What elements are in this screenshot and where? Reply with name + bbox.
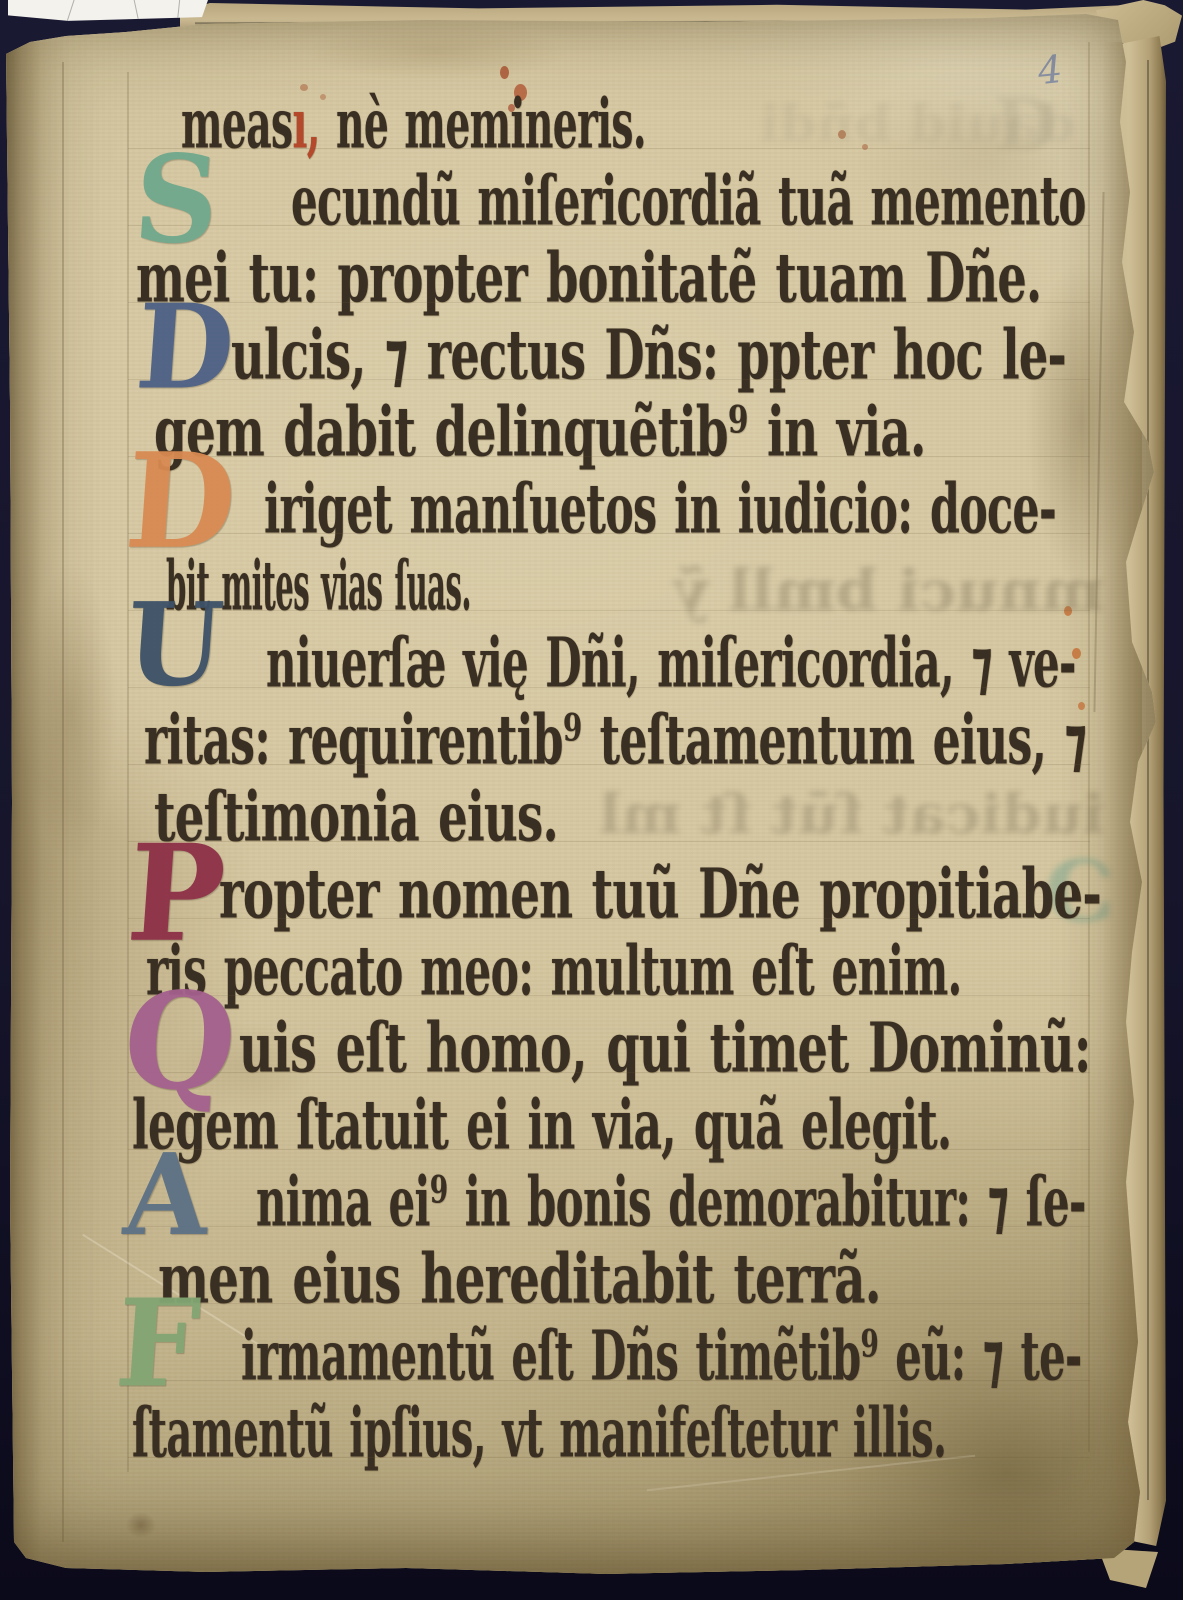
ink-fleck: [1064, 606, 1072, 616]
ruling-line: [128, 918, 1090, 919]
ruling-line: [128, 1226, 1090, 1227]
ruling-line: [128, 1149, 1090, 1150]
line-text: irmamentũ eſt Dñs timẽtib⁹ eũ: ⁊ te-: [241, 1316, 1082, 1396]
line-text: bit mites vias ſuas.: [166, 546, 471, 626]
ink-fleck: [1078, 702, 1085, 710]
paper-fold-crease: [133, 0, 139, 24]
ink-fleck: [862, 144, 868, 150]
line-text: nima ei⁹ in bonis demorabitur: ⁊ ſe-: [256, 1162, 1086, 1242]
rubric-mark: ı,: [292, 84, 319, 164]
paper-fold-crease: [66, 0, 75, 24]
line-text: men eius hereditabit terrã.: [158, 1239, 881, 1319]
manuscript-photo: 4 dauid bñdimnuci bmll ỹiudicat ſūt ſt m…: [0, 0, 1183, 1600]
text-line: meası, nè memineris.: [181, 86, 646, 163]
crease: [647, 1455, 975, 1491]
versal-initial: D: [123, 449, 240, 554]
versal-initial: S: [131, 152, 222, 249]
gutter-fold-line: [62, 62, 64, 1542]
text-line: mei tu: propter bonitatẽ tuam Dñe.: [136, 240, 1041, 317]
line-text: ropter nomen tuũ Dñe propitiabe-: [219, 854, 1101, 934]
line-text: gem dabit delinquẽtib⁹ in via.: [154, 392, 926, 472]
ruling-line: [128, 456, 1090, 457]
text-line: ulcis, ⁊ rectus Dñs: ppter hoc le-: [231, 317, 1066, 394]
line-text: ulcis, ⁊ rectus Dñs: ppter hoc le-: [231, 315, 1066, 395]
ink-fleck: [1072, 648, 1081, 659]
text-line: ritas: requirentib⁹ teſtamentum eius, ⁊: [144, 702, 1086, 779]
text-line: uis eſt homo, qui timet Dominũ:: [239, 1010, 1091, 1087]
paper-fold-crease: [177, 0, 181, 24]
ruling-line: [128, 1072, 1090, 1073]
text-line: ecundũ miſericordiã tuã memento: [291, 163, 1086, 240]
text-line: ropter nomen tuũ Dñe propitiabe-: [219, 856, 1101, 933]
line-text: ecundũ miſericordiã tuã memento: [291, 161, 1086, 241]
ruling-line: [128, 533, 1090, 534]
line-text: mei tu: propter bonitatẽ tuam Dñe.: [136, 238, 1041, 318]
stain: [26, 562, 116, 862]
text-line: bit mites vias ſuas.: [166, 548, 471, 625]
text-line: teſtimonia eius.: [154, 779, 558, 856]
line-text: meas: [181, 84, 292, 164]
right-margin-rule: [1088, 42, 1090, 1452]
text-line: men eius hereditabit terrã.: [158, 1241, 881, 1318]
stain: [856, 62, 1116, 242]
versal-initial: U: [124, 599, 226, 691]
line-text: ris peccato meo: multum eſt enim.: [146, 931, 962, 1011]
ink-fleck: [838, 130, 846, 139]
text-line: legem ſtatuit ei in via, quã elegit.: [132, 1087, 951, 1164]
line-text: iriget manſuetos in iudicio: doce-: [264, 469, 1056, 549]
ruling-line: [128, 1380, 1090, 1381]
stain: [176, 1022, 316, 1112]
versal-initial: F: [113, 1296, 202, 1393]
line-text: ritas: requirentib⁹ teſtamentum eius, ⁊: [144, 700, 1086, 780]
ghost-showthrough: D: [994, 82, 1084, 167]
ruling-line: [128, 379, 1090, 380]
versal-initial: A: [122, 1151, 212, 1241]
left-margin-rule: [127, 72, 129, 1472]
line-text: niuerſæ vię Dñi, miſericordia, ⁊ ve-: [266, 623, 1076, 703]
text-line: iriget manſuetos in iudicio: doce-: [264, 471, 1056, 548]
ruling-line: [128, 841, 1090, 842]
binding-edge: [6, 42, 70, 1572]
ink-fleck: [320, 94, 326, 100]
folio-number: 4: [1036, 47, 1065, 93]
line-text: uis eſt homo, qui timet Dominũ:: [239, 1008, 1091, 1088]
text-line: ris peccato meo: multum eſt enim.: [146, 933, 962, 1010]
line-text: ſtamentũ ipſius, vt manifeſtetur illis.: [132, 1393, 946, 1473]
under-leaf-edge-line: [1147, 60, 1149, 1500]
text-line: nima ei⁹ in bonis demorabitur: ⁊ ſe-: [256, 1164, 1086, 1241]
ghost-showthrough: mnuci bmll ỹ: [461, 558, 1104, 624]
ink-fleck: [508, 104, 515, 112]
versal-initial: Q: [121, 989, 240, 1095]
ruling-line: [128, 225, 1090, 226]
text-line: gem dabit delinquẽtib⁹ in via.: [154, 394, 926, 471]
line-text: legem ſtatuit ei in via, quã elegit.: [132, 1085, 951, 1165]
ruling-line: [128, 148, 1090, 149]
versal-initial: P: [125, 841, 229, 947]
ink-fleck: [300, 84, 308, 91]
white-paper-slip: [8, 0, 208, 22]
crease: [82, 1234, 270, 1352]
line-text: nè memineris.: [320, 84, 646, 164]
ruling-line: [128, 1457, 1090, 1458]
ghost-showthrough: Ɔ: [1024, 842, 1114, 941]
ruling-line: [128, 610, 1090, 611]
ghost-showthrough: dauid bñdi: [697, 94, 1075, 153]
ruling-line: [128, 1303, 1090, 1304]
ink-fleck: [514, 84, 527, 101]
ruling-line: [128, 995, 1090, 996]
text-line: ſtamentũ ipſius, vt manifeſtetur illis.: [132, 1395, 946, 1472]
line-text: teſtimonia eius.: [154, 777, 558, 857]
stain: [126, 1512, 156, 1538]
ruling-line: [128, 302, 1090, 303]
text-line: irmamentũ eſt Dñs timẽtib⁹ eũ: ⁊ te-: [241, 1318, 1082, 1395]
stain: [306, 22, 566, 82]
ruling-line: [128, 687, 1090, 688]
ink-fleck: [500, 66, 509, 79]
text-line: niuerſæ vię Dñi, miſericordia, ⁊ ve-: [266, 625, 1076, 702]
stain: [1026, 262, 1136, 582]
crease: [1093, 192, 1104, 712]
versal-initial: D: [133, 301, 237, 394]
ruling-line: [128, 764, 1090, 765]
ghost-showthrough: iudicat ſūt ſt ml: [553, 782, 1104, 846]
page: 4 dauid bñdimnuci bmll ỹiudicat ſūt ſt m…: [6, 2, 1158, 1578]
